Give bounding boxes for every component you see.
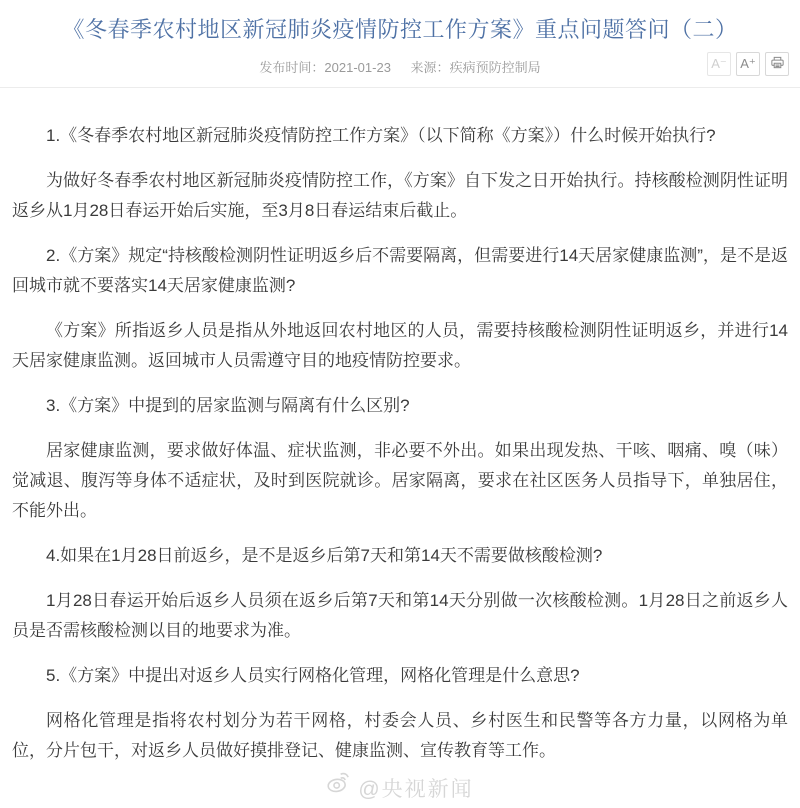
answer-3: 居家健康监测，要求做好体温、症状监测，非必要不外出。如果出现发热、干咳、咽痛、嗅… [12, 436, 788, 526]
article-body: 1.《冬春季农村地区新冠肺炎疫情防控工作方案》（以下简称《方案》）什么时候开始执… [0, 88, 800, 766]
page-title: 《冬春季农村地区新冠肺炎疫情防控工作方案》重点问题答问（二） [0, 15, 800, 45]
print-button[interactable] [765, 52, 789, 76]
printer-icon [770, 55, 785, 73]
publish-time-label: 发布时间： [259, 60, 324, 75]
cctv-news-watermark: @央视新闻 [0, 771, 800, 804]
answer-2: 《方案》所指返乡人员是指从外地返回农村地区的人员，需要持核酸检测阴性证明返乡，并… [12, 316, 788, 376]
source-value: 疾病预防控制局 [450, 60, 541, 75]
question-5: 5.《方案》中提出对返乡人员实行网格化管理，网格化管理是什么意思? [12, 661, 788, 691]
source: 来源：疾病预防控制局 [411, 60, 541, 75]
article-page: 《冬春季农村地区新冠肺炎疫情防控工作方案》重点问题答问（二） 发布时间：2021… [0, 0, 800, 808]
weibo-icon [324, 766, 355, 802]
publish-time-value: 2021-01-23 [324, 60, 391, 75]
publish-time: 发布时间：2021-01-23 [259, 60, 391, 75]
article-header: 《冬春季农村地区新冠肺炎疫情防控工作方案》重点问题答问（二） 发布时间：2021… [0, 0, 800, 76]
question-2: 2.《方案》规定“持核酸检测阴性证明返乡后不需要隔离，但需要进行14天居家健康监… [12, 241, 788, 301]
article-meta: 发布时间：2021-01-23 来源：疾病预防控制局 [0, 60, 800, 76]
question-4: 4.如果在1月28日前返乡，是不是返乡后第7天和第14天不需要做核酸检测? [12, 541, 788, 571]
answer-4: 1月28日春运开始后返乡人员须在返乡后第7天和第14天分别做一次核酸检测。1月2… [12, 586, 788, 646]
question-3: 3.《方案》中提到的居家监测与隔离有什么区别? [12, 391, 788, 421]
answer-5: 网格化管理是指将农村划分为若干网格，村委会人员、乡村医生和民警等各方力量，以网格… [12, 706, 788, 766]
font-decrease-button[interactable]: A⁻ [707, 52, 731, 76]
font-print-toolbar: A⁻ A⁺ [707, 52, 789, 76]
answer-1: 为做好冬春季农村地区新冠肺炎疫情防控工作，《方案》自下发之日开始执行。持核酸检测… [12, 166, 788, 226]
question-1: 1.《冬春季农村地区新冠肺炎疫情防控工作方案》（以下简称《方案》）什么时候开始执… [12, 121, 788, 151]
watermark-text: @央视新闻 [358, 773, 473, 803]
font-increase-button[interactable]: A⁺ [736, 52, 760, 76]
source-label: 来源： [411, 60, 450, 75]
